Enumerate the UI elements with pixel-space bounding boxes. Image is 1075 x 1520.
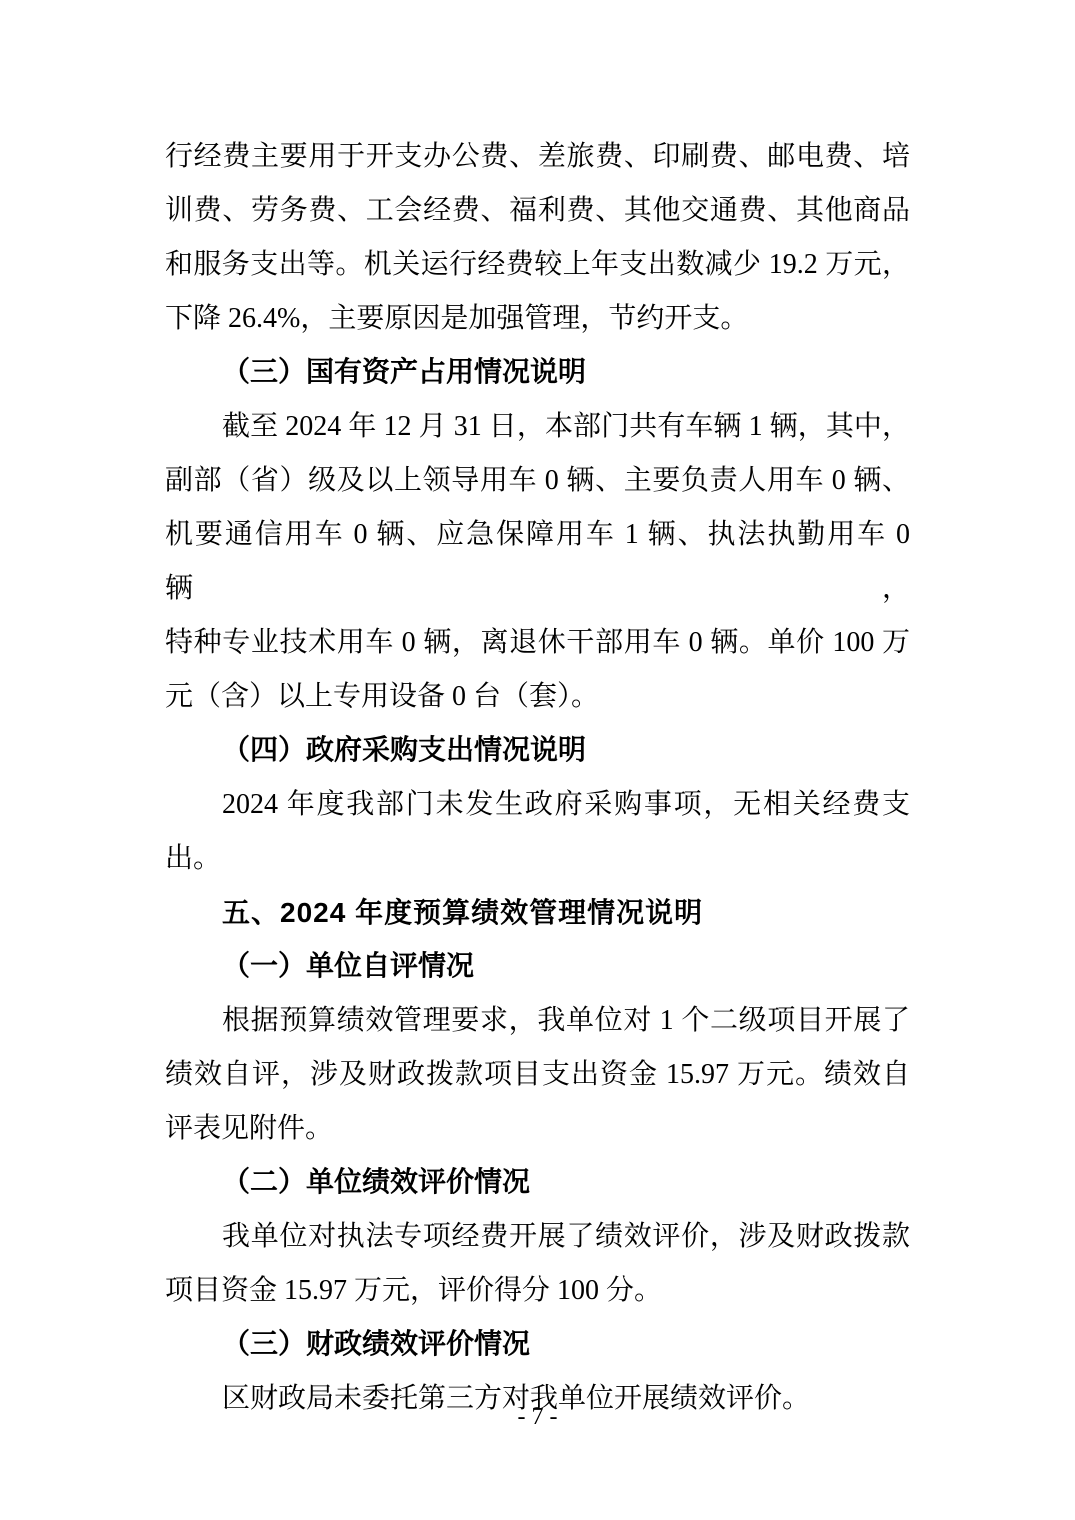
page-footer: - 7 - — [0, 1400, 1075, 1434]
heading-unit-performance-eval: （二）单位绩效评价情况 — [165, 1156, 910, 1210]
body-line-procurement-2: 出。 — [165, 832, 910, 886]
heading-self-evaluation: （一）单位自评情况 — [165, 940, 910, 994]
body-line-self-eval-1: 根据预算绩效管理要求，我单位对 1 个二级项目开展了 — [165, 994, 910, 1048]
body-line-operating-expenses-2: 训费、劳务费、工会经费、福利费、其他交通费、其他商品 — [165, 184, 910, 238]
page-number: - 7 - — [518, 1404, 558, 1430]
body-line-operating-expenses-1: 行经费主要用于开支办公费、差旅费、印刷费、邮电费、培 — [165, 130, 910, 184]
body-line-operating-expenses-4: 下降 26.4%，主要原因是加强管理，节约开支。 — [165, 292, 910, 346]
heading-gov-procurement: （四）政府采购支出情况说明 — [165, 724, 910, 778]
body-line-vehicles-2: 副部（省）级及以上领导用车 0 辆、主要负责人用车 0 辆、 — [165, 454, 910, 508]
body-line-self-eval-3: 评表见附件。 — [165, 1102, 910, 1156]
document-page: 行经费主要用于开支办公费、差旅费、印刷费、邮电费、培 训费、劳务费、工会经费、福… — [0, 0, 1075, 1520]
body-line-vehicles-1: 截至 2024 年 12 月 31 日，本部门共有车辆 1 辆，其中， — [165, 400, 910, 454]
body-line-vehicles-3: 机要通信用车 0 辆、应急保障用车 1 辆、执法执勤用车 0 辆， — [165, 508, 910, 616]
heading-finance-performance-eval: （三）财政绩效评价情况 — [165, 1318, 910, 1372]
body-line-operating-expenses-3: 和服务支出等。机关运行经费较上年支出数减少 19.2 万元， — [165, 238, 910, 292]
body-line-unit-eval-1: 我单位对执法专项经费开展了绩效评价，涉及财政拨款 — [165, 1210, 910, 1264]
body-line-procurement-1: 2024 年度我部门未发生政府采购事项，无相关经费支 — [165, 778, 910, 832]
heading-state-assets: （三）国有资产占用情况说明 — [165, 346, 910, 400]
heading-budget-performance: 五、2024 年度预算绩效管理情况说明 — [165, 886, 910, 940]
body-line-vehicles-5: 元（含）以上专用设备 0 台（套）。 — [165, 670, 910, 724]
document-content: 行经费主要用于开支办公费、差旅费、印刷费、邮电费、培 训费、劳务费、工会经费、福… — [165, 130, 910, 1426]
body-line-self-eval-2: 绩效自评，涉及财政拨款项目支出资金 15.97 万元。绩效自 — [165, 1048, 910, 1102]
body-line-vehicles-4: 特种专业技术用车 0 辆，离退休干部用车 0 辆。单价 100 万 — [165, 616, 910, 670]
body-line-unit-eval-2: 项目资金 15.97 万元，评价得分 100 分。 — [165, 1264, 910, 1318]
